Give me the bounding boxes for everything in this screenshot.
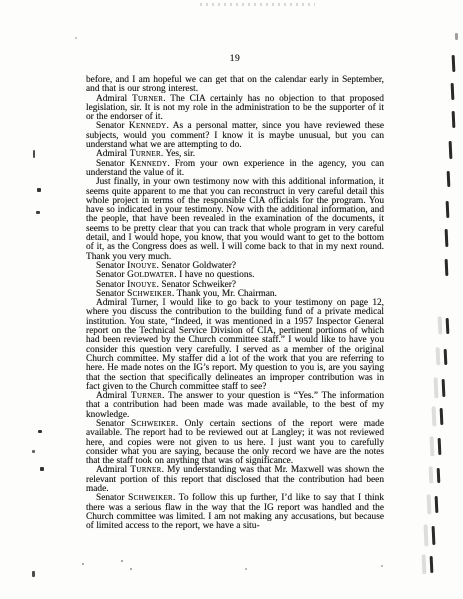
binding-mark (446, 201, 450, 218)
paragraph: Senator Schweiker. To follow this up fur… (86, 494, 384, 531)
ink-speck (245, 568, 247, 570)
ink-speck (37, 188, 41, 192)
paragraph: Admiral Turner. My understanding was tha… (86, 466, 384, 494)
text-run: Admiral Turner, I would like to go back … (86, 298, 384, 392)
paragraph: Admiral Turner. The answer to your quest… (86, 392, 384, 420)
transcript-text: before, and I am hopeful we can get that… (86, 76, 384, 532)
ink-speck (32, 571, 35, 577)
binding-mark (455, 33, 458, 40)
binding-mark (445, 259, 449, 276)
binding-mark (444, 349, 448, 365)
text-run: Just finally, in your own testimony now … (86, 177, 384, 261)
binding-mark (440, 408, 444, 425)
ink-speck (38, 430, 42, 433)
binding-mark (437, 468, 441, 483)
paragraph: before, and I am hopeful we can get that… (86, 76, 384, 95)
ink-speck (75, 37, 77, 39)
paragraph: Senator Kennedy. From your own experienc… (86, 160, 384, 179)
binding-mark (445, 229, 449, 247)
paragraph: Admiral Turner, I would like to go back … (86, 299, 384, 392)
binding-mark (452, 55, 456, 72)
binding-mark (446, 318, 450, 334)
ink-speck (36, 211, 40, 214)
binding-mark (449, 141, 453, 159)
scan-smudge (200, 3, 315, 6)
ink-speck (381, 565, 383, 567)
ink-speck (130, 568, 132, 570)
binding-mark (438, 438, 442, 455)
ink-speck (82, 563, 84, 565)
binding-mark (430, 556, 434, 573)
paragraph: Admiral Turner. The CIA certainly has no… (86, 95, 384, 123)
binding-mark (447, 171, 451, 187)
paragraph: Senator Schweiker. Only certain sections… (86, 420, 384, 466)
paragraph: Just finally, in your own testimony now … (86, 178, 384, 262)
document-page: 19 before, and I am hopeful we can get t… (0, 0, 463, 599)
binding-mark (452, 111, 456, 128)
binding-mark (435, 496, 439, 513)
ink-speck (32, 450, 35, 453)
binding-mark (442, 379, 446, 397)
binding-mark (432, 526, 436, 545)
text-run: before, and I am hopeful we can get that… (86, 75, 384, 94)
ink-speck (33, 150, 35, 158)
ink-speck (121, 560, 123, 562)
binding-mark (451, 83, 455, 100)
ink-speck (40, 467, 44, 471)
paragraph: Senator Kennedy. As a personal matter, s… (86, 122, 384, 150)
page-number: 19 (86, 54, 384, 64)
